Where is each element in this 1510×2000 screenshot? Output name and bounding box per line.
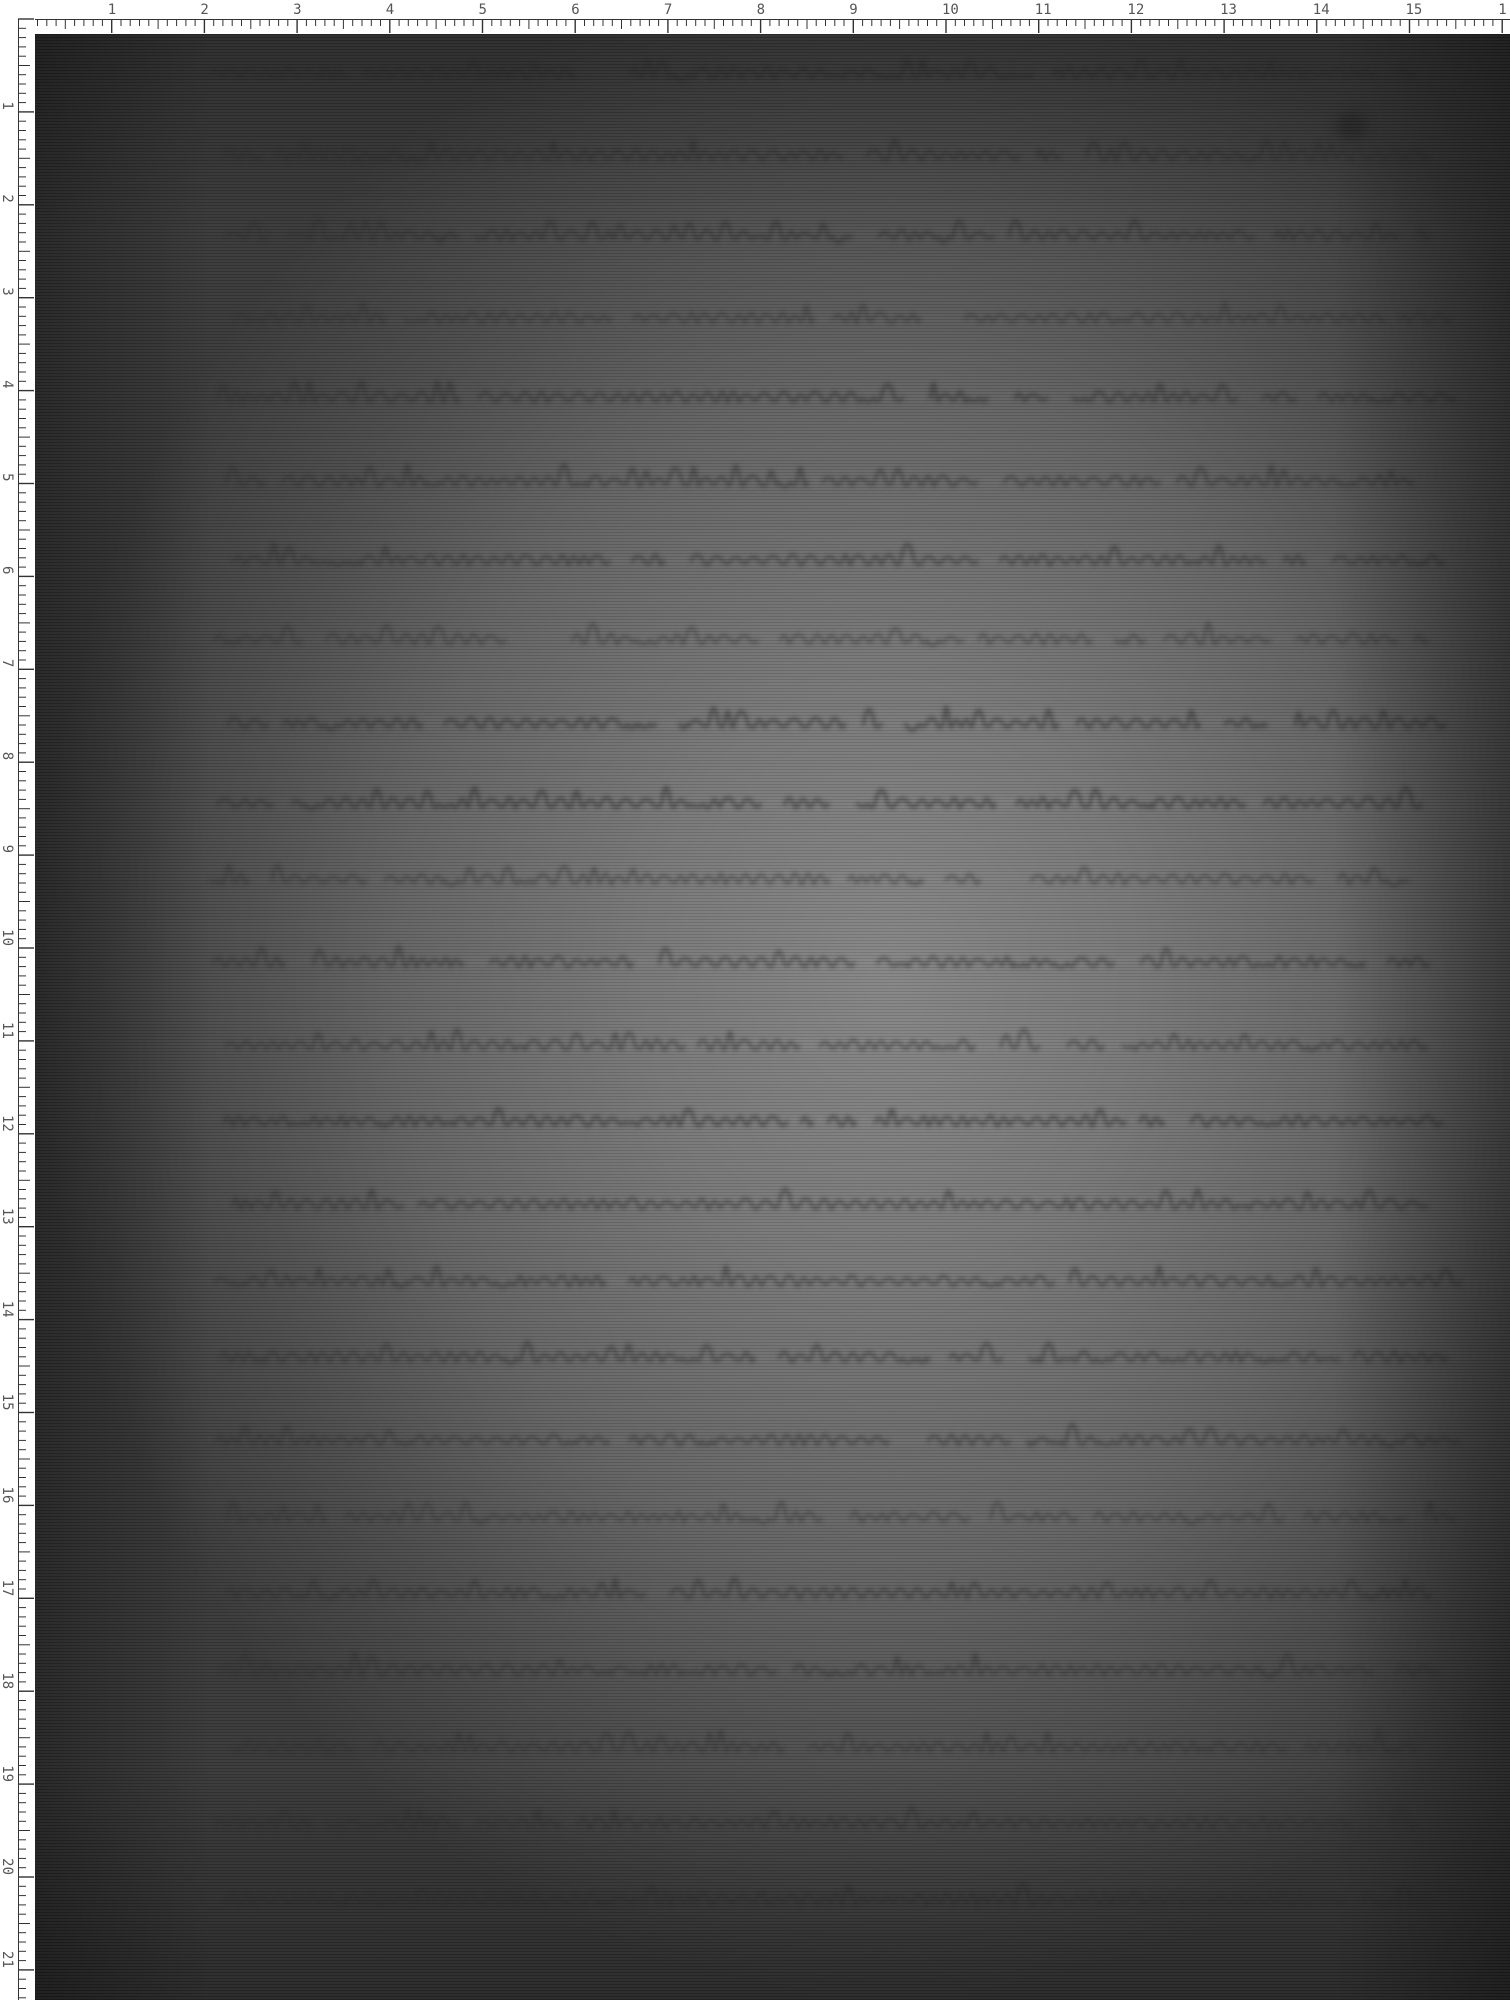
script-line	[219, 381, 1455, 402]
script-line	[225, 140, 1428, 162]
ruler-left-label: 19	[0, 1765, 15, 1782]
manuscript-script	[35, 34, 1510, 2000]
ruler-left-label: 8	[0, 752, 15, 760]
ruler-left-label: 2	[0, 194, 15, 202]
script-line	[233, 1189, 1452, 1209]
ruler-left-label: 16	[0, 1487, 15, 1504]
ruler-top-label: 9	[849, 2, 857, 18]
script-line	[211, 865, 1435, 886]
ruler-left-label: 4	[0, 380, 15, 388]
script-line	[234, 1730, 1418, 1753]
script-line	[226, 1029, 1427, 1051]
ruler-left-label: 21	[0, 1951, 15, 1968]
script-line	[226, 464, 1412, 487]
ruler-left-label: 20	[0, 1858, 15, 1875]
ruler-top-label: 6	[571, 2, 579, 18]
script-line	[215, 1266, 1460, 1287]
ruler-left-label: 6	[0, 566, 15, 574]
script-line	[214, 946, 1429, 967]
script-line	[222, 1653, 1455, 1677]
ruler-left-label: 15	[0, 1394, 15, 1411]
script-line	[220, 1342, 1447, 1363]
ruler-left-label: 3	[0, 287, 15, 295]
ruler-left-label: 12	[0, 1115, 15, 1132]
script-line	[227, 219, 1428, 242]
ruler-left: 123456789101112131415161718192021	[0, 0, 35, 2000]
script-line	[228, 707, 1472, 730]
script-line	[210, 59, 1414, 80]
ruler-left-label: 9	[0, 845, 15, 853]
ruler-top-label: 1	[1498, 2, 1506, 18]
ruler-top-label: 10	[942, 2, 959, 18]
ruler-left-label: 14	[0, 1301, 15, 1318]
ruler-top-label: 15	[1406, 2, 1423, 18]
script-line	[216, 1808, 1416, 1828]
ruler-top-label: 5	[479, 2, 487, 18]
script-line	[215, 623, 1427, 646]
ruler-left-label: 1	[0, 101, 15, 109]
ruler-left-label: 10	[0, 929, 15, 946]
ruler-left-label: 13	[0, 1208, 15, 1225]
script-line	[227, 1502, 1455, 1524]
ruler-left-label: 5	[0, 473, 15, 481]
script-line	[234, 544, 1443, 565]
script-line	[217, 1424, 1458, 1446]
ruler-left-label: 18	[0, 1672, 15, 1689]
ruler-top-label: 1	[108, 2, 116, 18]
ruler-top-label: 14	[1313, 2, 1330, 18]
ruler-left-label: 11	[0, 1022, 15, 1039]
script-line	[236, 303, 1451, 323]
ruler-top-label: 12	[1127, 2, 1144, 18]
ruler-top-label: 3	[293, 2, 301, 18]
ruler-top-label: 7	[664, 2, 672, 18]
script-line	[218, 787, 1421, 809]
script-line	[229, 1578, 1431, 1599]
ruler-top: 01234567891011121314151	[0, 0, 1510, 34]
ruler-left-label: 7	[0, 659, 15, 667]
script-line	[228, 1883, 1431, 1904]
manuscript-image	[35, 34, 1510, 2000]
ruler-top-ticks: 01234567891011121314151	[0, 0, 1510, 34]
ruler-left-label: 17	[0, 1579, 15, 1596]
script-line	[224, 1108, 1441, 1126]
ruler-top-label: 11	[1035, 2, 1052, 18]
ruler-top-label: 8	[757, 2, 765, 18]
ruler-top-label: 4	[386, 2, 394, 18]
ruler-top-label: 13	[1220, 2, 1237, 18]
ruler-left-ticks: 123456789101112131415161718192021	[0, 0, 35, 2000]
ruler-top-label: 2	[200, 2, 208, 18]
